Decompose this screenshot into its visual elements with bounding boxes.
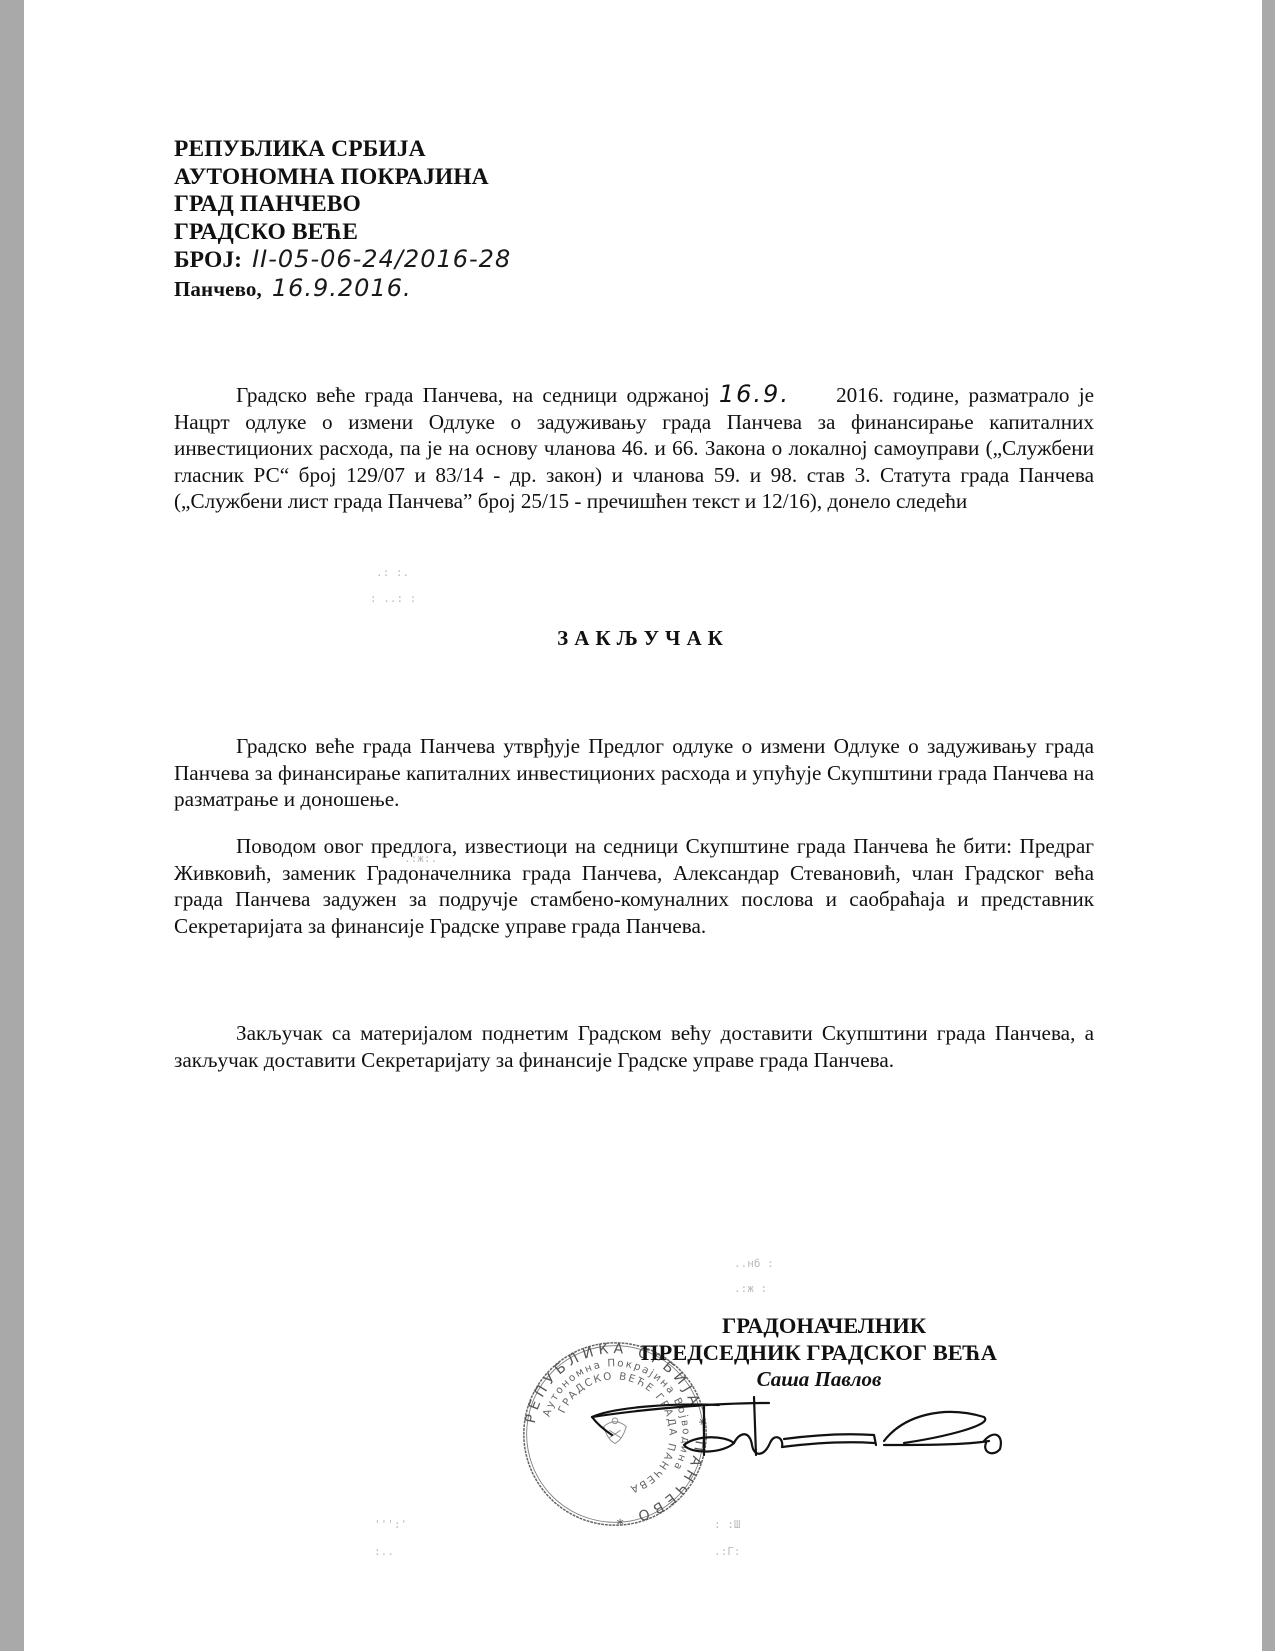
handwritten-signature-icon (584, 1395, 1004, 1475)
document-number: БРОЈ: II-05-06-24/2016-28 (174, 246, 511, 275)
signatory-name: Саша Павлов (584, 1366, 1054, 1392)
signatory-title-mayor: ГРАДОНАЧЕЛНИК (584, 1312, 1054, 1339)
conclusion-text-1: Градско веће града Панчева утврђује Пред… (174, 734, 1094, 811)
conclusion-paragraph-1: Градско веће града Панчева утврђује Пред… (174, 733, 1094, 813)
conclusion-paragraph-3: Закључак са материјалом поднетим Градско… (174, 1020, 1094, 1073)
header-line-republic: РЕПУБЛИКА СРБИЈА (174, 136, 511, 164)
preamble-paragraph: Градско веће града Панчева, на седници о… (174, 381, 1094, 515)
document-number-value: II-05-06-24/2016-28 (252, 245, 511, 273)
conclusion-text-2: Поводом овог предлога, известиоци на сед… (174, 834, 1094, 938)
signatory-title-president: ПРЕДСЕДНИК ГРАДСКОГ ВЕЋА (584, 1339, 1054, 1366)
header-line-city: ГРАД ПАНЧЕВО (174, 191, 511, 219)
place-label: Панчево, (174, 277, 262, 301)
place-date: Панчево, 16.9.2016. (174, 275, 511, 304)
conclusion-text-3: Закључак са материјалом поднетим Градско… (174, 1021, 1094, 1072)
conclusion-paragraph-2: Поводом овог предлога, известиоци на сед… (174, 833, 1094, 939)
document-number-label: БРОЈ: (174, 247, 242, 273)
header-line-province: АУТОНОМНА ПОКРАЈИНА (174, 164, 511, 192)
document-page: РЕПУБЛИКА СРБИЈА АУТОНОМНА ПОКРАЈИНА ГРА… (24, 0, 1262, 1651)
document-header: РЕПУБЛИКА СРБИЈА АУТОНОМНА ПОКРАЈИНА ГРА… (174, 136, 511, 303)
handwritten-session-date: 16.9. (719, 381, 827, 408)
signature-block: ГРАДОНАЧЕЛНИК ПРЕДСЕДНИК ГРАДСКОГ ВЕЋА С… (584, 1312, 1054, 1392)
document-title: ЗАКЉУЧАК (24, 626, 1262, 651)
preamble-text-start: Градско веће града Панчева, на седници о… (236, 383, 710, 407)
handwritten-date: 16.9.2016. (272, 274, 412, 302)
header-line-council: ГРАДСКО ВЕЋЕ (174, 219, 511, 247)
